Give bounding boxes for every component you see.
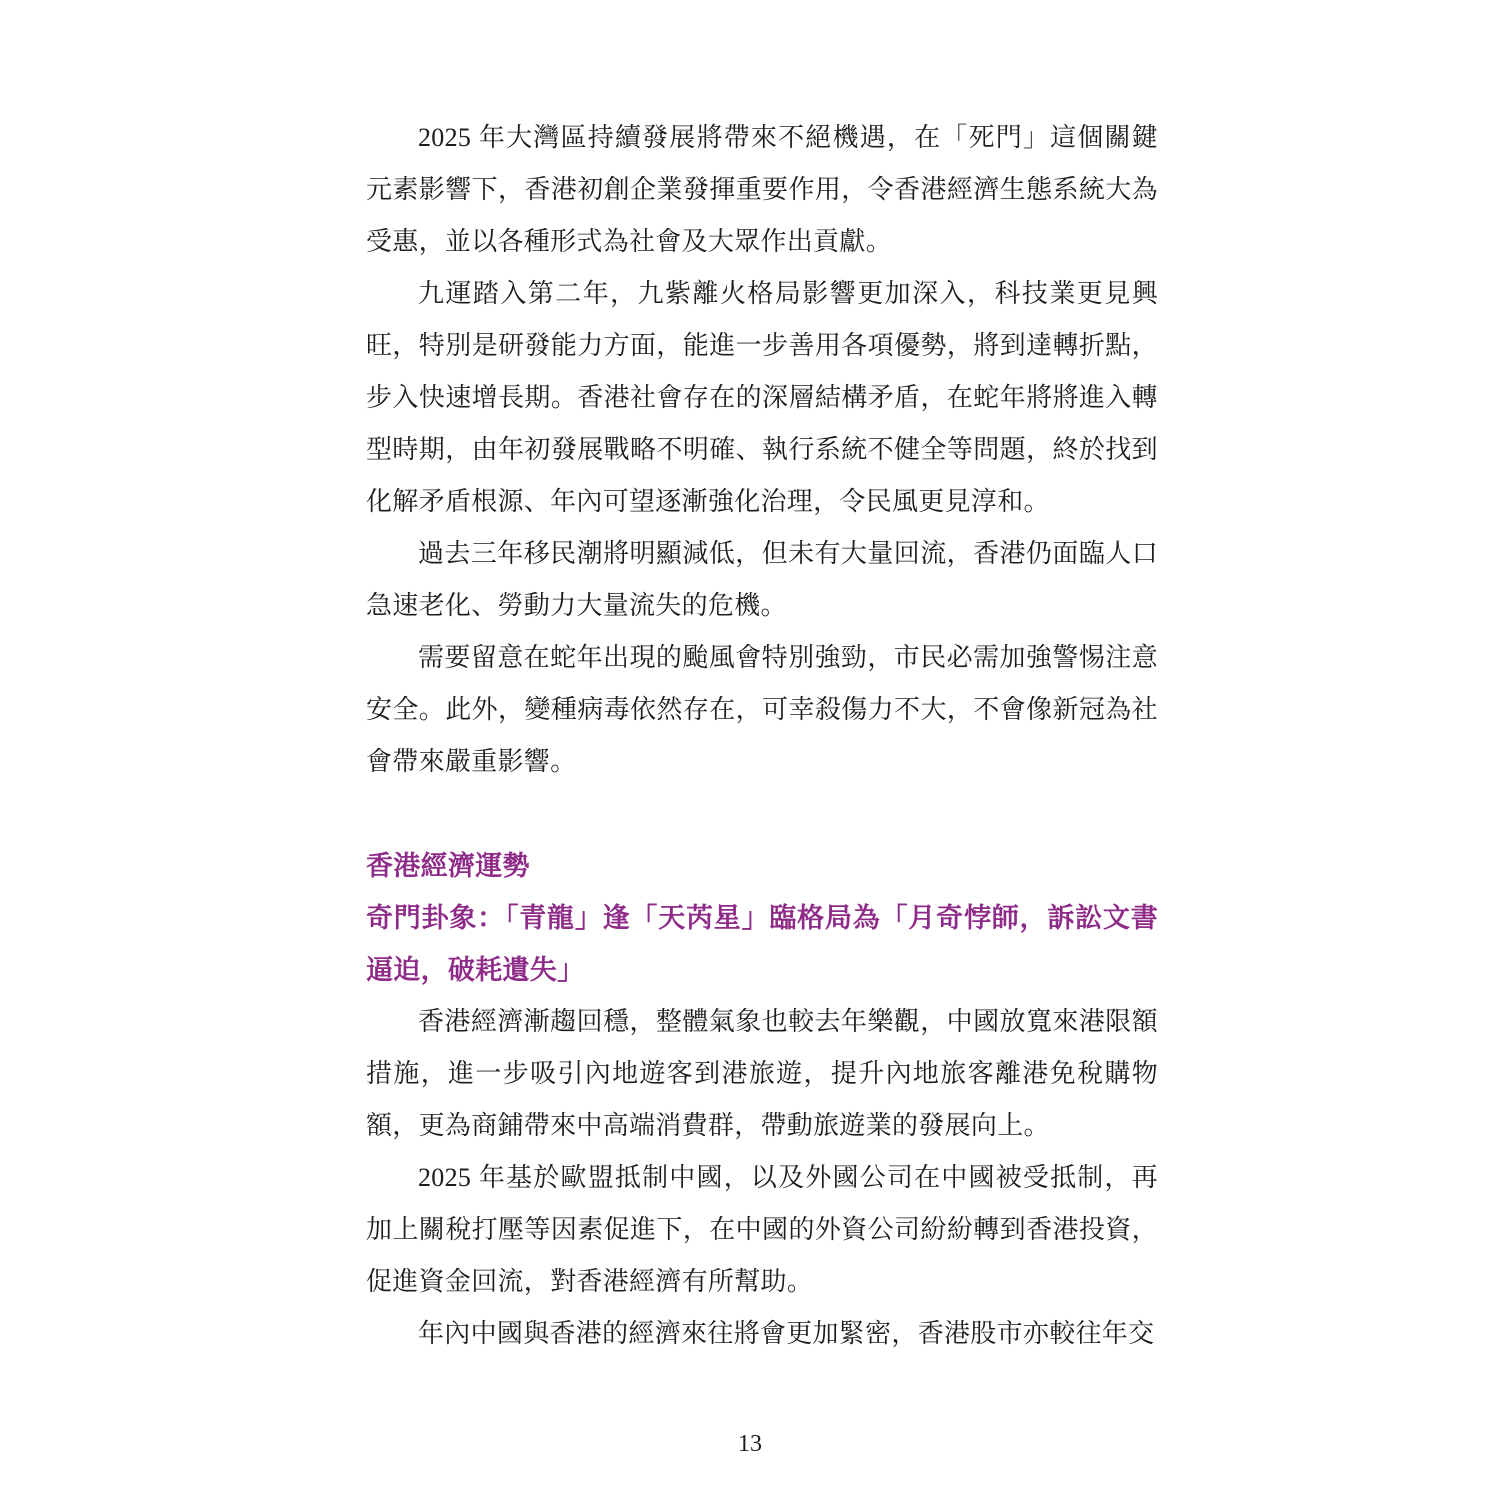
section-heading-block: 香港經濟運勢 奇門卦象：「青龍」逢「天芮星」臨格局為「月奇悖師，訴訟文書逼迫，破… (366, 840, 1158, 996)
paragraph-nine-fortune-cycle: 九運踏入第二年，九紫離火格局影響更加深入，科技業更見興旺，特別是研發能力方面，能… (366, 268, 1158, 528)
paragraph-greater-bay-area: 2025 年大灣區持續發展將帶來不絕機遇，在「死門」這個關鍵元素影響下，香港初創… (366, 112, 1158, 268)
paragraph-typhoon-warning: 需要留意在蛇年出現的颱風會特別強勁，市民必需加強警惕注意安全。此外，變種病毒依然… (366, 632, 1158, 788)
page-content: 2025 年大灣區持續發展將帶來不絕機遇，在「死門」這個關鍵元素影響下，香港初創… (366, 112, 1158, 1360)
paragraph-china-hk-ties: 年內中國與香港的經濟來往將會更加緊密，香港股市亦較往年交 (366, 1308, 1158, 1360)
section-title-hk-economy: 香港經濟運勢 (366, 840, 1158, 892)
page-number: 13 (0, 1428, 1500, 1460)
section-subtitle-qimen-hexagram: 奇門卦象：「青龍」逢「天芮星」臨格局為「月奇悖師，訴訟文書逼迫，破耗遺失」 (366, 892, 1158, 996)
paragraph-emigration-wave: 過去三年移民潮將明顯減低，但未有大量回流，香港仍面臨人口急速老化、勞動力大量流失… (366, 528, 1158, 632)
paragraph-economy-stabilizing: 香港經濟漸趨回穩，整體氣象也較去年樂觀，中國放寬來港限額措施，進一步吸引內地遊客… (366, 996, 1158, 1152)
paragraph-eu-boycott-investment: 2025 年基於歐盟抵制中國，以及外國公司在中國被受抵制，再加上關稅打壓等因素促… (366, 1152, 1158, 1308)
book-page: 2025 年大灣區持續發展將帶來不絕機遇，在「死門」這個關鍵元素影響下，香港初創… (0, 0, 1500, 1500)
